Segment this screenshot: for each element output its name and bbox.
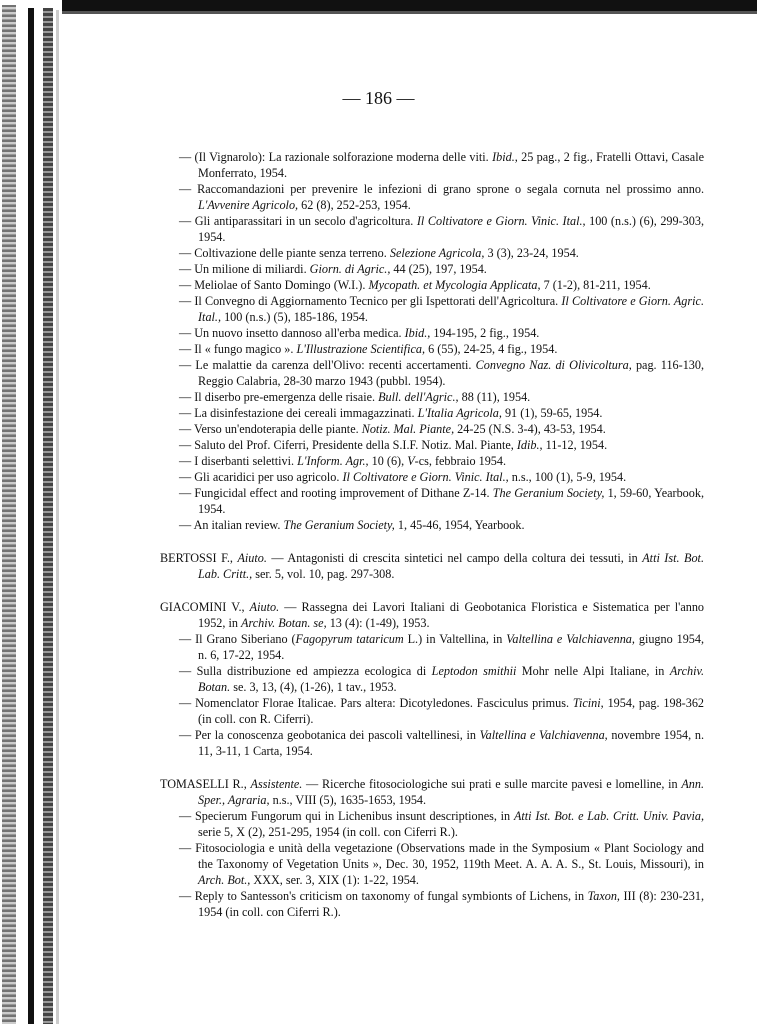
citation-text: Fungicidal effect and rooting improvemen… bbox=[194, 486, 492, 500]
citation-text: Meliolae of Santo Domingo (W.I.). bbox=[194, 278, 368, 292]
entry-dash: — bbox=[179, 809, 195, 823]
bibliography-entry: — (Il Vignarolo): La razionale solforazi… bbox=[160, 149, 704, 181]
citation-italic: Il Coltivatore e Giorn. Vinic. Ital., bbox=[417, 214, 586, 228]
citation-text: se. 3, 13, (4), (1-26), 1 tav., 1953. bbox=[230, 680, 396, 694]
bibliography-entry: — An italian review. The Geranium Societ… bbox=[160, 517, 704, 533]
section-ciferri-continued: — (Il Vignarolo): La razionale solforazi… bbox=[160, 149, 704, 533]
entry-dash: — bbox=[179, 728, 195, 742]
bibliography-entry: — Il « fungo magico ». L'Illustrazione S… bbox=[160, 341, 704, 357]
entry-dash: — bbox=[179, 342, 194, 356]
citation-text: 88 (11), 1954. bbox=[459, 390, 531, 404]
citation-text: Il Convegno di Aggiornamento Tecnico per… bbox=[194, 294, 561, 308]
citation-text: Il diserbo pre-emergenza delle risaie. bbox=[194, 390, 378, 404]
entry-dash: — bbox=[179, 664, 197, 678]
scan-top-edge bbox=[62, 0, 757, 14]
citation-italic: L'Illustrazione Scientifica, bbox=[296, 342, 425, 356]
author-role: Aiuto. bbox=[237, 551, 266, 565]
citation-text: Reply to Santesson's criticism on taxono… bbox=[195, 889, 588, 903]
citation-text: n.s., 100 (1), 5-9, 1954. bbox=[509, 470, 626, 484]
entry-dash: — bbox=[267, 551, 287, 565]
citation-text: 194-195, 2 fig., 1954. bbox=[430, 326, 539, 340]
citation-italic: Atti Ist. Bot. e Lab. Critt. Univ. Pavia… bbox=[514, 809, 704, 823]
citation-italic: The Geranium Society, bbox=[283, 518, 394, 532]
page-number: — 186 — bbox=[0, 88, 757, 109]
bibliography-entry: — Reply to Santesson's criticism on taxo… bbox=[160, 888, 704, 920]
bibliography-entry: — Meliolae of Santo Domingo (W.I.). Myco… bbox=[160, 277, 704, 293]
entry-dash: — bbox=[179, 214, 195, 228]
citation-italic: Giorn. di Agric., bbox=[310, 262, 391, 276]
entry-dash: — bbox=[179, 246, 194, 260]
citation-text: 11-12, 1954. bbox=[543, 438, 608, 452]
citation-italic: Fagopyrum tataricum bbox=[296, 632, 404, 646]
citation-text: 62 (8), 252-253, 1954. bbox=[298, 198, 411, 212]
citation-text: Specierum Fungorum qui in Lichenibus ins… bbox=[195, 809, 514, 823]
bibliography-entry: — Il diserbo pre-emergenza delle risaie.… bbox=[160, 389, 704, 405]
entry-dash: — bbox=[179, 422, 194, 436]
bibliography-entry: BERTOSSI F., Aiuto. — Antagonisti di cre… bbox=[160, 550, 704, 582]
citation-italic: Valtellina e Valchiavenna, bbox=[480, 728, 608, 742]
bibliography-entry: — Fungicidal effect and rooting improvem… bbox=[160, 485, 704, 517]
citation-italic: Selezione Agricola, bbox=[390, 246, 485, 260]
citation-italic: The Geranium Society, bbox=[493, 486, 605, 500]
entry-dash: — bbox=[179, 841, 195, 855]
bibliography-entry: TOMASELLI R., Assistente. — Ricerche fit… bbox=[160, 776, 704, 808]
entry-dash: — bbox=[179, 454, 194, 468]
citation-italic: Ibid., bbox=[492, 150, 518, 164]
citation-text: Il Grano Siberiano ( bbox=[195, 632, 295, 646]
citation-italic: Bull. dell'Agric., bbox=[378, 390, 458, 404]
entry-dash: — bbox=[179, 438, 194, 452]
citation-italic: Idib., bbox=[517, 438, 543, 452]
citation-text: XXX, ser. 3, XIX (1): 1-22, 1954. bbox=[250, 873, 419, 887]
entry-dash: — bbox=[179, 294, 194, 308]
citation-text: (Il Vignarolo): La razionale solforazion… bbox=[195, 150, 493, 164]
bibliography-entry: — Gli acaridici per uso agricolo. Il Col… bbox=[160, 469, 704, 485]
entry-dash: — bbox=[179, 406, 194, 420]
entry-dash: — bbox=[179, 889, 195, 903]
citation-italic: Convegno Naz. di Olivicoltura, bbox=[476, 358, 632, 372]
entry-dash: — bbox=[179, 182, 197, 196]
author-role: Aiuto. bbox=[250, 600, 279, 614]
section-giacomini: GIACOMINI V., Aiuto. — Rassegna dei Lavo… bbox=[160, 599, 704, 759]
citation-text: L.) in Valtellina, in bbox=[404, 632, 507, 646]
bibliography-entry: — Il Grano Siberiano (Fagopyrum tataricu… bbox=[160, 631, 704, 663]
citation-text: Verso un'endoterapia delle piante. bbox=[194, 422, 362, 436]
author-role: Assistente. bbox=[251, 777, 303, 791]
citation-text: Coltivazione delle piante senza terreno. bbox=[194, 246, 390, 260]
entry-dash: — bbox=[179, 390, 194, 404]
bibliography-entry: — Le malattie da carenza dell'Olivo: rec… bbox=[160, 357, 704, 389]
binding-gutter bbox=[56, 10, 59, 1024]
citation-text: 3 (3), 23-24, 1954. bbox=[484, 246, 578, 260]
citation-text: La disinfestazione dei cereali immagazzi… bbox=[194, 406, 417, 420]
citation-italic: Leptodon smithii bbox=[432, 664, 517, 678]
entry-dash: — bbox=[179, 632, 195, 646]
bibliography-entry: — Coltivazione delle piante senza terren… bbox=[160, 245, 704, 261]
bibliography-entry: — Per la conoscenza geobotanica dei pasc… bbox=[160, 727, 704, 759]
author-name: BERTOSSI F., bbox=[160, 551, 237, 565]
citation-text: Fitosociologia e unità della vegetazione… bbox=[195, 841, 704, 871]
citation-italic: L'Avvenire Agricolo, bbox=[198, 198, 298, 212]
entry-dash: — bbox=[179, 150, 195, 164]
binding-spine-line bbox=[28, 8, 34, 1024]
citation-text: 13 (4): (1-49), 1953. bbox=[327, 616, 430, 630]
citation-italic: Notiz. Mal. Piante, bbox=[362, 422, 454, 436]
citation-text: Ricerche fitosociologiche sui prati e su… bbox=[322, 777, 681, 791]
citation-text: Gli antiparassitari in un secolo d'agric… bbox=[195, 214, 417, 228]
citation-text: Raccomandazioni per prevenire le infezio… bbox=[197, 182, 704, 196]
citation-italic: Taxon, bbox=[588, 889, 620, 903]
entry-dash: — bbox=[302, 777, 322, 791]
citation-text: ser. 5, vol. 10, pag. 297-308. bbox=[252, 567, 394, 581]
citation-text: serie 5, X (2), 251-295, 1954 (in coll. … bbox=[198, 825, 458, 839]
bibliography-entry: — Verso un'endoterapia delle piante. Not… bbox=[160, 421, 704, 437]
citation-text: Gli acaridici per uso agricolo. bbox=[194, 470, 342, 484]
citation-italic: L'Italia Agricola, bbox=[418, 406, 502, 420]
citation-text: Per la conoscenza geobotanica dei pascol… bbox=[195, 728, 480, 742]
entry-dash: — bbox=[179, 486, 194, 500]
citation-italic: Ibid., bbox=[405, 326, 431, 340]
citation-text: 1, 45-46, 1954, Yearbook. bbox=[395, 518, 525, 532]
bibliography-body: — (Il Vignarolo): La razionale solforazi… bbox=[160, 149, 704, 920]
citation-text: Sulla distribuzione ed ampiezza ecologic… bbox=[197, 664, 432, 678]
bibliography-entry: — La disinfestazione dei cereali immagaz… bbox=[160, 405, 704, 421]
binding-shadow-inner bbox=[43, 8, 53, 1024]
citation-text: 7 (1-2), 81-211, 1954. bbox=[541, 278, 651, 292]
citation-italic: Valtellina e Valchiavenna, bbox=[506, 632, 635, 646]
citation-italic: Il Coltivatore e Giorn. Vinic. Ital., bbox=[342, 470, 508, 484]
citation-text: Il « fungo magico ». bbox=[194, 342, 296, 356]
entry-dash: — bbox=[179, 470, 194, 484]
citation-text: 10 (6), bbox=[369, 454, 408, 468]
book-binding-edge bbox=[0, 0, 62, 1024]
citation-text: 100 (n.s.) (5), 185-186, 1954. bbox=[221, 310, 368, 324]
citation-italic: Arch. Bot., bbox=[198, 873, 250, 887]
entry-dash: — bbox=[179, 262, 194, 276]
citation-text: 6 (55), 24-25, 4 fig., 1954. bbox=[425, 342, 557, 356]
citation-text: 91 (1), 59-65, 1954. bbox=[502, 406, 603, 420]
citation-text: Mohr nelle Alpi Italiane, in bbox=[516, 664, 669, 678]
citation-italic: V bbox=[407, 454, 414, 468]
citation-text: 44 (25), 197, 1954. bbox=[390, 262, 486, 276]
citation-italic: Archiv. Botan. se, bbox=[241, 616, 327, 630]
bibliography-entry: — Un milione di miliardi. Giorn. di Agri… bbox=[160, 261, 704, 277]
bibliography-entry: — Fitosociologia e unità della vegetazio… bbox=[160, 840, 704, 888]
citation-italic: Mycopath. et Mycologia Applicata, bbox=[368, 278, 540, 292]
bibliography-entry: — Il Convegno di Aggiornamento Tecnico p… bbox=[160, 293, 704, 325]
citation-text: Saluto del Prof. Ciferri, Presidente del… bbox=[194, 438, 517, 452]
citation-italic: L'Inform. Agr., bbox=[297, 454, 368, 468]
entry-dash: — bbox=[179, 518, 194, 532]
entry-dash: — bbox=[179, 278, 194, 292]
bibliography-entry: — Raccomandazioni per prevenire le infez… bbox=[160, 181, 704, 213]
citation-text: Antagonisti di crescita sintetici nel ca… bbox=[287, 551, 642, 565]
section-bertossi: BERTOSSI F., Aiuto. — Antagonisti di cre… bbox=[160, 550, 704, 582]
citation-text: An italian review. bbox=[194, 518, 284, 532]
entry-dash: — bbox=[179, 326, 194, 340]
citation-text: -cs, febbraio 1954. bbox=[415, 454, 506, 468]
section-tomaselli: TOMASELLI R., Assistente. — Ricerche fit… bbox=[160, 776, 704, 920]
citation-text: n.s., VIII (5), 1635-1653, 1954. bbox=[270, 793, 427, 807]
bibliography-entry: — Sulla distribuzione ed ampiezza ecolog… bbox=[160, 663, 704, 695]
citation-text: I diserbanti selettivi. bbox=[194, 454, 297, 468]
entry-dash: — bbox=[279, 600, 301, 614]
citation-text: Un milione di miliardi. bbox=[194, 262, 309, 276]
citation-text: 24-25 (N.S. 3-4), 43-53, 1954. bbox=[454, 422, 606, 436]
citation-italic: Ticini, bbox=[573, 696, 604, 710]
bibliography-entry: — Nomenclator Florae Italicae. Pars alte… bbox=[160, 695, 704, 727]
bibliography-entry: — Specierum Fungorum qui in Lichenibus i… bbox=[160, 808, 704, 840]
bibliography-entry: — I diserbanti selettivi. L'Inform. Agr.… bbox=[160, 453, 704, 469]
binding-shadow-outer bbox=[2, 5, 16, 1024]
citation-text: Le malattie da carenza dell'Olivo: recen… bbox=[195, 358, 475, 372]
bibliography-entry: — Gli antiparassitari in un secolo d'agr… bbox=[160, 213, 704, 245]
entry-dash: — bbox=[179, 696, 195, 710]
bibliography-entry: GIACOMINI V., Aiuto. — Rassegna dei Lavo… bbox=[160, 599, 704, 631]
author-name: TOMASELLI R., bbox=[160, 777, 251, 791]
citation-text: Un nuovo insetto dannoso all'erba medica… bbox=[194, 326, 404, 340]
citation-text: Nomenclator Florae Italicae. Pars altera… bbox=[195, 696, 573, 710]
entry-dash: — bbox=[179, 358, 195, 372]
bibliography-entry: — Un nuovo insetto dannoso all'erba medi… bbox=[160, 325, 704, 341]
bibliography-entry: — Saluto del Prof. Ciferri, Presidente d… bbox=[160, 437, 704, 453]
author-name: GIACOMINI V., bbox=[160, 600, 250, 614]
